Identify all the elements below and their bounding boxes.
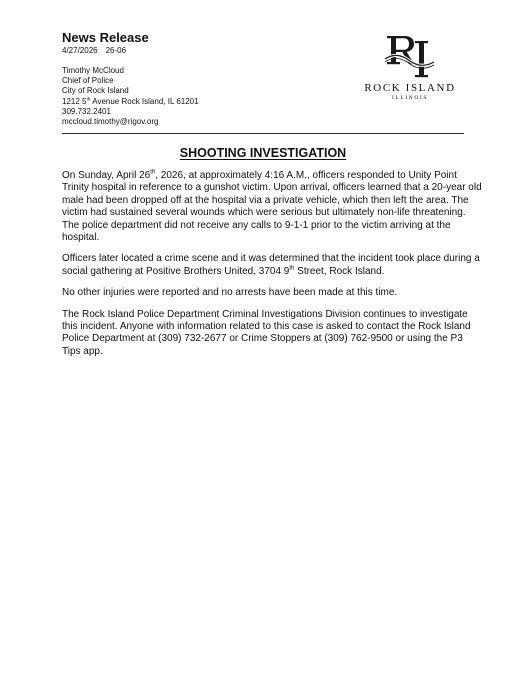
news-release-title: News Release xyxy=(62,30,199,45)
paragraph-incident: On Sunday, April 26th, 2026, at approxim… xyxy=(62,170,482,244)
paragraph-text: Street, Rock Island. xyxy=(294,266,384,277)
header-divider xyxy=(62,133,464,134)
release-date: 4/27/2026 xyxy=(62,46,98,55)
contact-organization: City of Rock Island xyxy=(62,86,199,96)
contact-name: Timothy McCloud xyxy=(62,66,199,76)
contact-role: Chief of Police xyxy=(62,76,199,86)
contact-phone: 309.732.2401 xyxy=(62,107,199,117)
contact-block: Timothy McCloud Chief of Police City of … xyxy=(62,66,199,127)
release-header: News Release 4/27/202626-06 Timothy McCl… xyxy=(62,30,199,127)
headline: SHOOTING INVESTIGATION xyxy=(62,146,464,160)
release-body: On Sunday, April 26th, 2026, at approxim… xyxy=(62,170,482,367)
rock-island-logo: ROCK ISLAND ILLINOIS xyxy=(355,33,465,101)
ri-monogram-icon xyxy=(384,33,436,81)
paragraph-text: On Sunday, April 26 xyxy=(62,170,150,181)
contact-address: 1212 5th Avenue Rock Island, IL 61201 xyxy=(62,97,199,107)
paragraph-injuries: No other injuries were reported and no a… xyxy=(62,287,482,299)
contact-email: mccloud.timothy@rigov.org xyxy=(62,117,199,127)
address-number: 1212 5 xyxy=(62,97,86,106)
paragraph-contact-info: The Rock Island Police Department Crimin… xyxy=(62,309,482,359)
paragraph-crime-scene: Officers later located a crime scene and… xyxy=(62,253,482,278)
logo-state-name: ILLINOIS xyxy=(355,95,465,101)
paragraph-text: Officers later located a crime scene and… xyxy=(62,253,480,276)
address-rest: Avenue Rock Island, IL 61201 xyxy=(90,97,198,106)
release-date-line: 4/27/202626-06 xyxy=(62,46,199,56)
release-number: 26-06 xyxy=(106,46,126,55)
logo-city-name: ROCK ISLAND xyxy=(355,82,465,94)
